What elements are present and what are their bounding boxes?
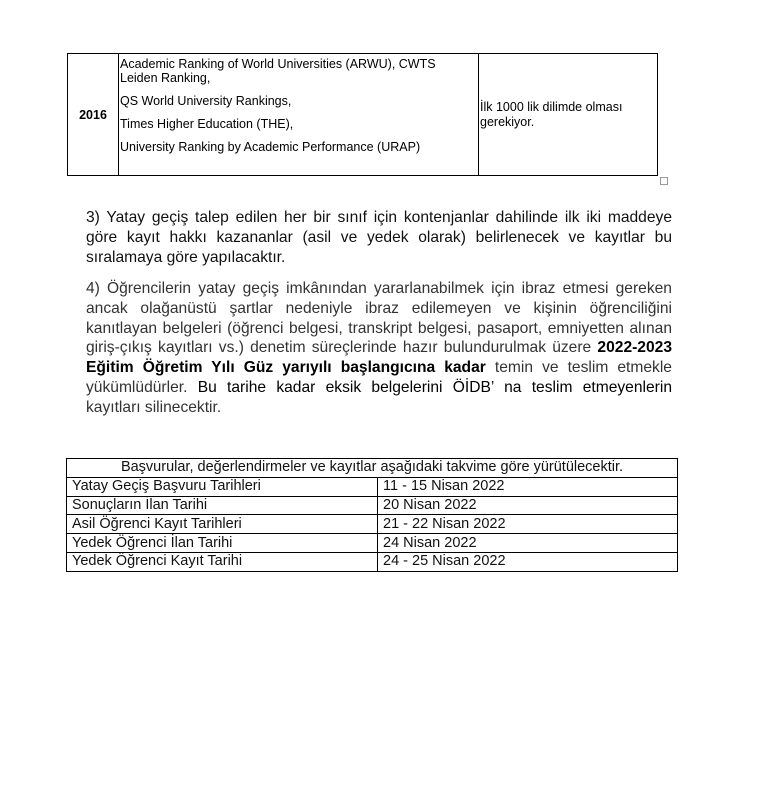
paragraph-4-text: 4) Öğrencilerin yatay geçiş imkânından y… [86, 280, 672, 356]
schedule-date: 11 - 15 Nisan 2022 [378, 477, 678, 496]
ranking-item: University Ranking by Academic Performan… [120, 140, 476, 154]
schedule-label: Asil Öğrenci Kayıt Tarihleri [67, 515, 378, 534]
schedule-date: 20 Nisan 2022 [378, 496, 678, 515]
ranking-item: Times Higher Education (THE), [120, 117, 476, 131]
rankings-list-cell: Academic Ranking of World Universities (… [120, 57, 476, 163]
table-resize-handle[interactable] [660, 177, 668, 185]
rankings-table: 2016 Academic Ranking of World Universit… [67, 53, 658, 176]
paragraph-4-warning: Bu tarihe kadar eksik belgelerini ÖİDB’ … [187, 379, 672, 396]
schedule-label: Yatay Geçiş Başvuru Tarihleri [67, 477, 378, 496]
schedule-header: Başvurular, değerlendirmeler ve kayıtlar… [67, 459, 678, 478]
ranking-item: QS World University Rankings, [120, 94, 476, 108]
table-row: Asil Öğrenci Kayıt Tarihleri 21 - 22 Nis… [67, 515, 678, 534]
paragraph-3: 3) Yatay geçiş talep edilen her bir sını… [86, 208, 672, 267]
schedule-date: 24 - 25 Nisan 2022 [378, 552, 678, 571]
schedule-table: Başvurular, değerlendirmeler ve kayıtlar… [66, 458, 678, 572]
paragraph-4: 4) Öğrencilerin yatay geçiş imkânından y… [86, 279, 672, 418]
table-row: Sonuçların İlan Tarihi 20 Nisan 2022 [67, 496, 678, 515]
schedule-label: Sonuçların İlan Tarihi [67, 496, 378, 515]
schedule-label: Yedek Öğrenci Kayıt Tarihi [67, 552, 378, 571]
paragraph-4-text: kayıtları silinecektir. [86, 399, 221, 416]
schedule-header-row: Başvurular, değerlendirmeler ve kayıtlar… [67, 459, 678, 478]
table-row: Yatay Geçiş Başvuru Tarihleri 11 - 15 Ni… [67, 477, 678, 496]
table-row: Yedek Öğrenci İlan Tarihi 24 Nisan 2022 [67, 534, 678, 553]
rankings-year-cell: 2016 [68, 54, 119, 175]
schedule-date: 24 Nisan 2022 [378, 534, 678, 553]
schedule-date: 21 - 22 Nisan 2022 [378, 515, 678, 534]
rankings-condition-text: İlk 1000 lik dilimde olması gerekiyor. [480, 100, 657, 130]
table-row: Yedek Öğrenci Kayıt Tarihi 24 - 25 Nisan… [67, 552, 678, 571]
rankings-condition-cell: İlk 1000 lik dilimde olması gerekiyor. [478, 54, 657, 175]
schedule-label: Yedek Öğrenci İlan Tarihi [67, 534, 378, 553]
ranking-item: Academic Ranking of World Universities (… [120, 57, 476, 85]
